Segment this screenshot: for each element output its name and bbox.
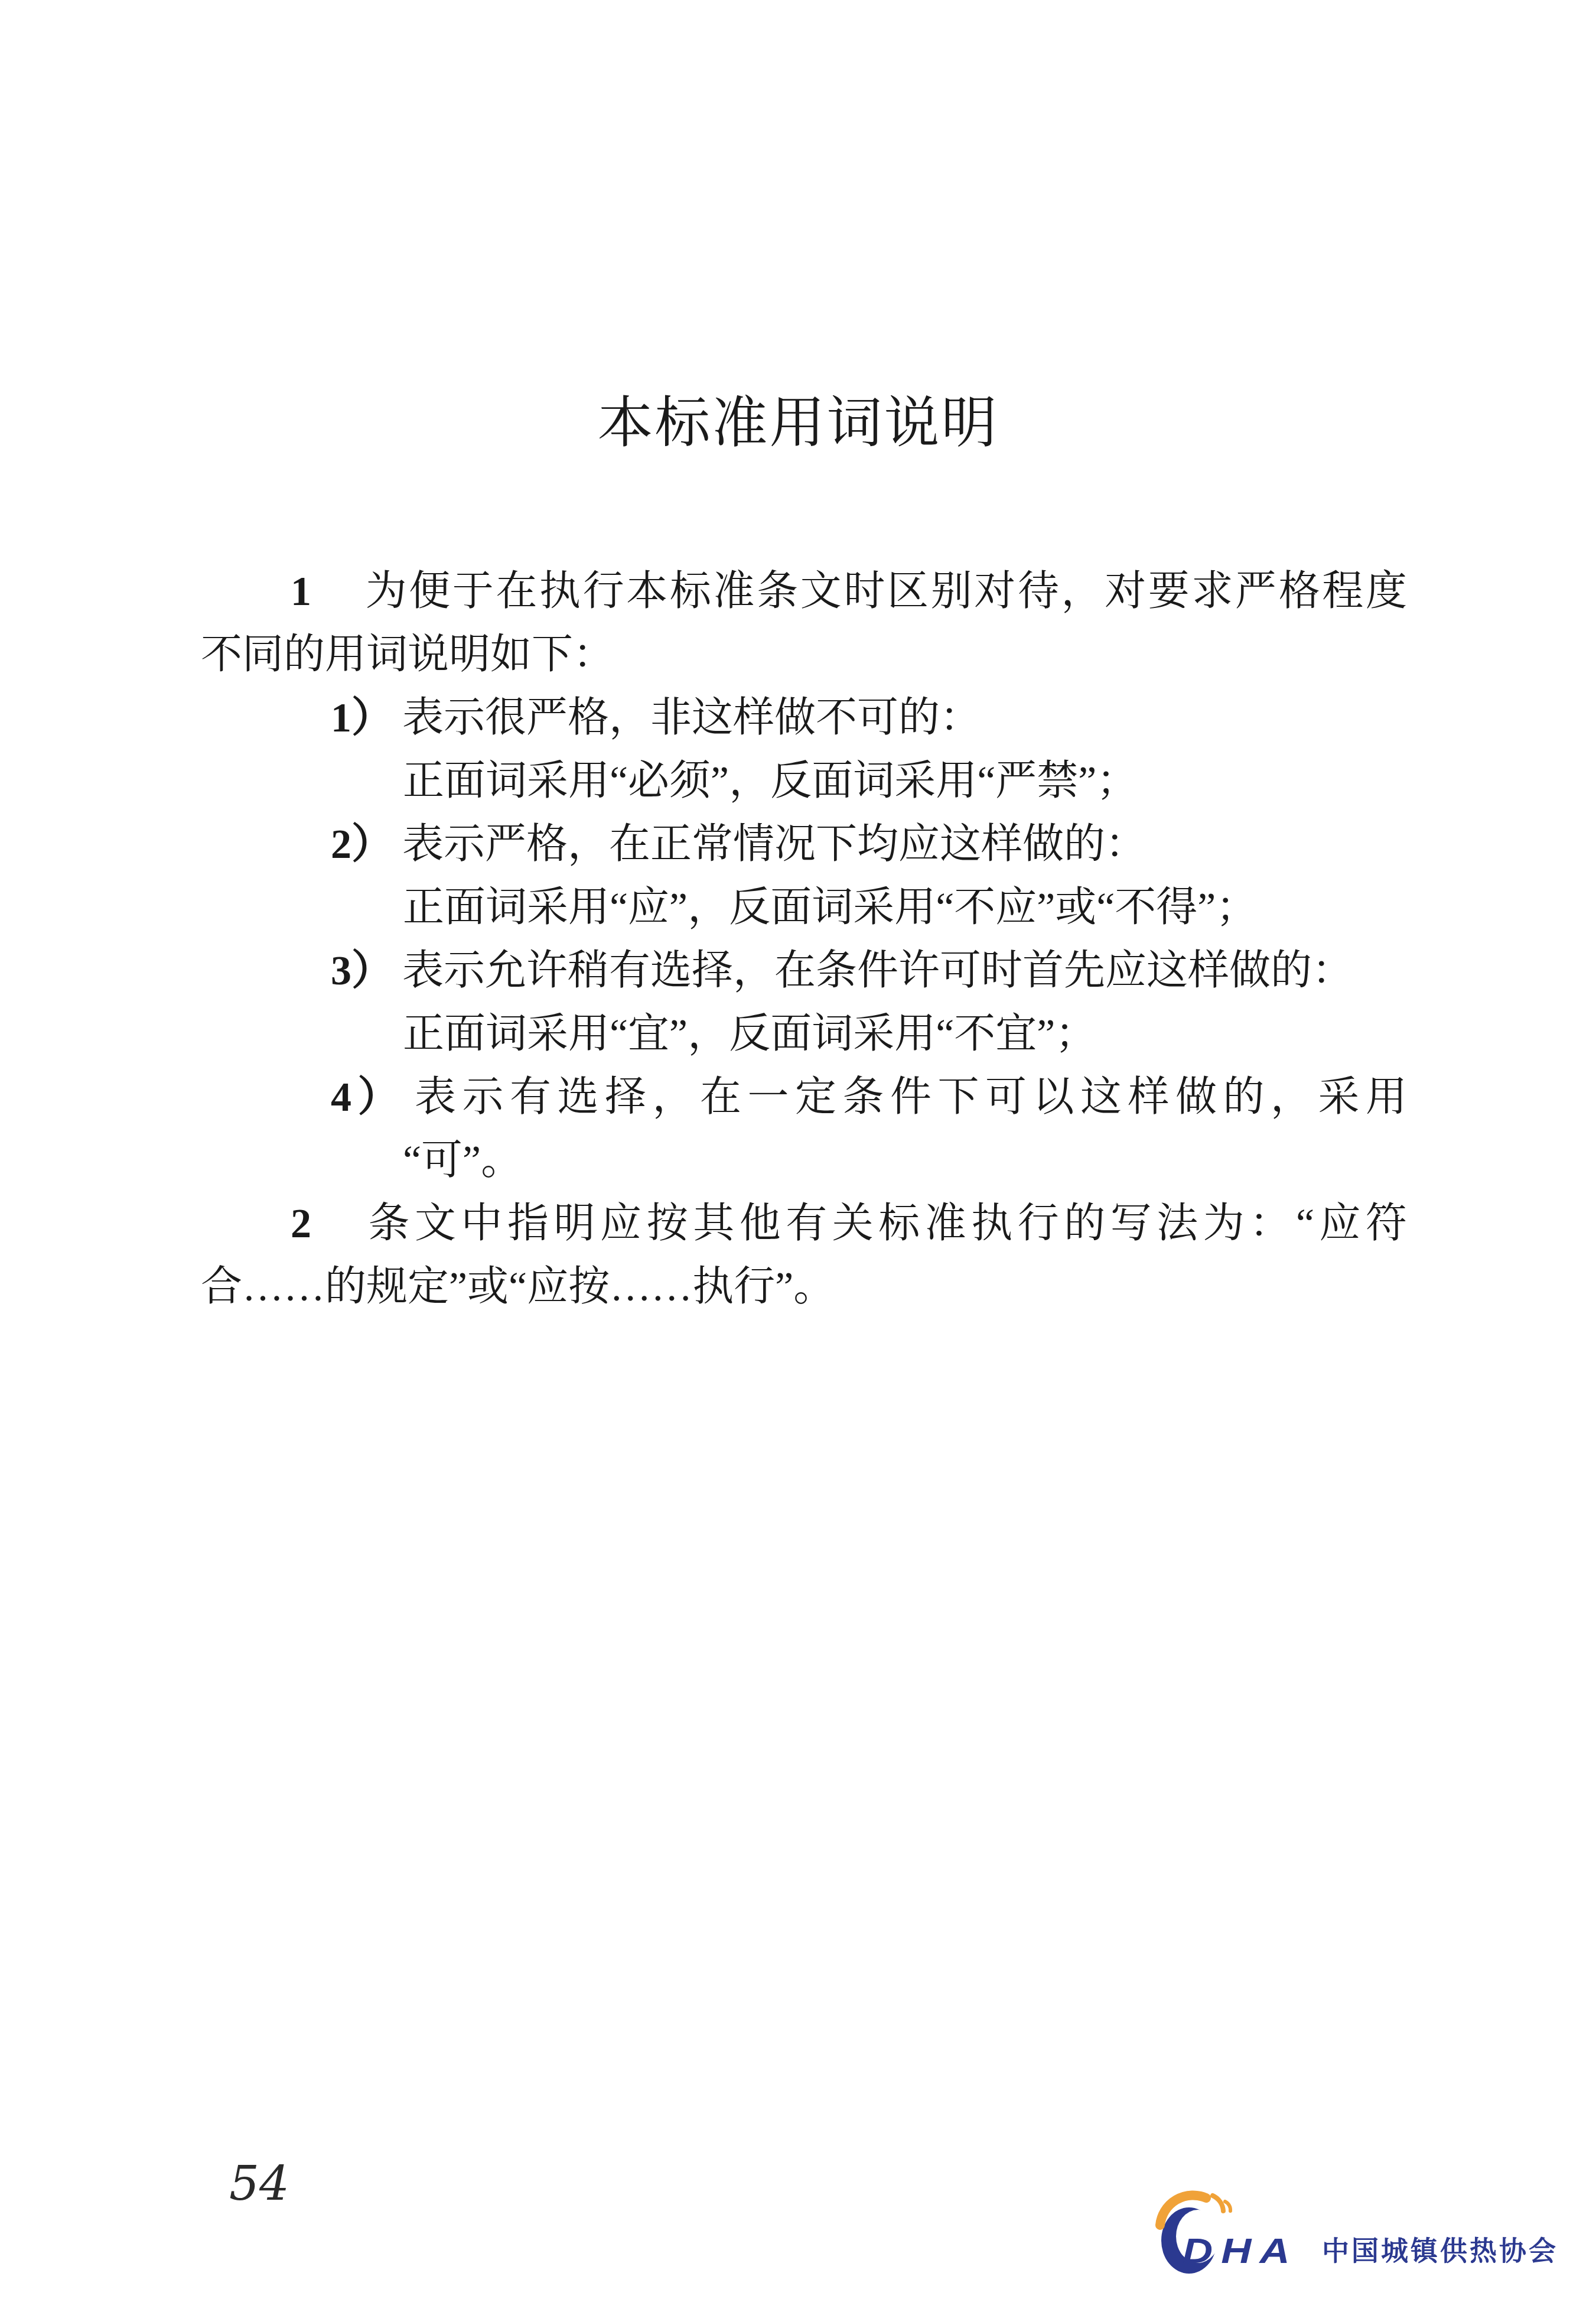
text-line: “可”。 — [201, 1129, 1407, 1192]
text-line: 4）表示有选择，在一定条件下可以这样做的，采用 — [201, 1066, 1407, 1129]
logo-abbreviation: DHA — [1183, 2233, 1298, 2269]
text-line: 正面词采用“应”，反面词采用“不应”或“不得”； — [201, 876, 1407, 939]
text-line: 不同的用词说明如下： — [201, 623, 1407, 687]
line-text: 表示严格，在正常情况下均应这样做的： — [402, 822, 1146, 867]
document-page: 本标准用词说明 1为便于在执行本标准条文时区别对待，对要求严格程度 不同的用词说… — [0, 0, 1596, 2312]
text-line: 3）表示允许稍有选择，在条件许可时首先应这样做的： — [201, 939, 1407, 1003]
list-item-number: 3） — [331, 948, 393, 994]
line-text: 正面词采用“应”，反面词采用“不应”或“不得”； — [403, 885, 1257, 931]
text-line: 1）表示很严格，非这样做不可的： — [201, 687, 1407, 750]
text-line: 正面词采用“宜”，反面词采用“不宜”； — [201, 1003, 1407, 1066]
clause-number: 2 — [291, 1201, 311, 1247]
text-line: 2条文中指明应按其他有关标准执行的写法为：“应符 — [201, 1192, 1407, 1256]
text-line: 2）表示严格，在正常情况下均应这样做的： — [201, 813, 1407, 876]
line-text: 条文中指明应按其他有关标准执行的写法为：“应符 — [363, 1201, 1407, 1247]
logo-organization-name: 中国城镇供热协会 — [1322, 2237, 1558, 2264]
line-text: 正面词采用“必须”，反面词采用“严禁”； — [403, 759, 1138, 804]
document-title: 本标准用词说明 — [0, 391, 1596, 456]
line-text: 表示有选择，在一定条件下可以这样做的，采用 — [415, 1075, 1407, 1120]
list-item-number: 4） — [331, 1075, 405, 1120]
line-text: 表示很严格，非这样做不可的： — [402, 695, 981, 741]
list-item-number: 2） — [331, 822, 393, 867]
line-text: 表示允许稍有选择，在条件许可时首先应这样做的： — [402, 948, 1353, 994]
body-text: 1为便于在执行本标准条文时区别对待，对要求严格程度 不同的用词说明如下： 1）表… — [201, 560, 1407, 1319]
list-item-number: 1） — [331, 695, 393, 741]
page-number: 54 — [229, 2160, 289, 2207]
line-text: 不同的用词说明如下： — [201, 632, 614, 678]
text-line: 正面词采用“必须”，反面词采用“严禁”； — [201, 750, 1407, 813]
line-text: 合……的规定”或“应按……执行”。 — [201, 1264, 835, 1310]
line-text: “可”。 — [403, 1138, 522, 1183]
text-line: 合……的规定”或“应按……执行”。 — [201, 1256, 1407, 1319]
text-line: 1为便于在执行本标准条文时区别对待，对要求严格程度 — [201, 560, 1407, 623]
cdha-logo: DHA 中国城镇供热协会 — [1152, 2186, 1577, 2293]
line-text: 正面词采用“宜”，反面词采用“不宜”； — [403, 1012, 1096, 1057]
clause-number: 1 — [291, 569, 311, 614]
line-text: 为便于在执行本标准条文时区别对待，对要求严格程度 — [363, 569, 1407, 614]
